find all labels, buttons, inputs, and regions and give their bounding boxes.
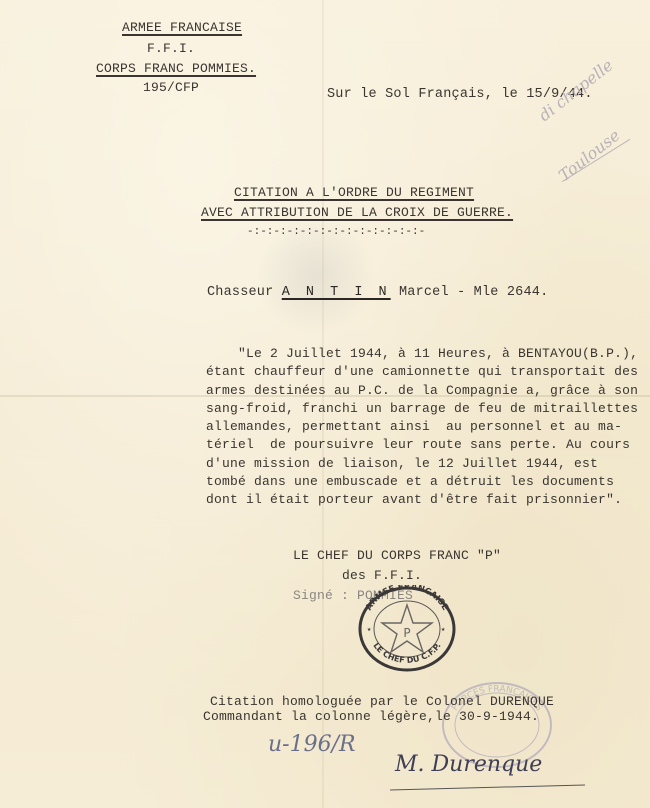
- handwritten-reference: u-196/R: [268, 732, 356, 757]
- handwritten-signature: M. Durenque: [395, 752, 542, 777]
- citation-line: sang-froid, franchi un barrage de feu de…: [206, 400, 638, 418]
- official-stamp-icon: P ★ ★ ARMEE FRANCAISE LE CHEF DU C.F.P.: [357, 585, 457, 673]
- citation-line: étant chauffeur d'une camionnette qui tr…: [206, 363, 638, 381]
- citation-title-line1: CITATION A L'ORDRE DU REGIMENT: [234, 185, 474, 200]
- citation-title-line2: AVEC ATTRIBUTION DE LA CROIX DE GUERRE.: [201, 205, 513, 220]
- header-army: ARMEE FRANCAISE: [122, 20, 242, 35]
- citation-line: armes destinées au P.C. de la Compagnie …: [206, 382, 638, 400]
- svg-text:★: ★: [367, 626, 372, 634]
- recipient-rank: Chasseur: [207, 285, 273, 300]
- svg-text:P: P: [403, 626, 410, 640]
- citation-line: "Le 2 Juillet 1944, à 11 Heures, à BENTA…: [206, 345, 638, 363]
- citation-line: d'une mission de liaison, le 12 Juillet …: [206, 455, 638, 473]
- signature-title: LE CHEF DU CORPS FRANC "P": [293, 548, 501, 563]
- recipient-line: Chasseur A N T I N Marcel - Mle 2644.: [207, 285, 548, 300]
- citation-line: allemandes, permettant ainsi au personne…: [206, 418, 638, 436]
- citation-body: "Le 2 Juillet 1944, à 11 Heures, à BENTA…: [206, 345, 638, 510]
- header-reference: 195/CFP: [143, 80, 199, 95]
- svg-text:ARMEE FRANCAISE: ARMEE FRANCAISE: [364, 585, 450, 613]
- svg-text:★: ★: [441, 626, 446, 634]
- citation-line: tériel de poursuivre leur route sans per…: [206, 436, 638, 454]
- header-corps: CORPS FRANC POMMIES.: [96, 61, 256, 76]
- recipient-surname: A N T I N: [282, 285, 391, 300]
- homologation-line1: Citation homologuée par le Colonel DUREN…: [210, 694, 554, 709]
- signature-ffi: des F.F.I.: [342, 568, 422, 583]
- citation-line: tombé dans une embuscade et a détruit le…: [206, 473, 638, 491]
- citation-line: dont il était porteur avant d'être fait …: [206, 491, 638, 509]
- homologation-line2: Commandant la colonne légère,le 30-9-194…: [203, 709, 539, 724]
- header-ffi: F.F.I.: [147, 41, 195, 56]
- svg-text:LE CHEF DU C.F.P.: LE CHEF DU C.F.P.: [371, 641, 442, 665]
- title-separator: -:-:-:-:-:-:-:-:-:-:-:-:-:-: [247, 226, 425, 238]
- recipient-given-name: Marcel - Mle 2644.: [399, 285, 548, 300]
